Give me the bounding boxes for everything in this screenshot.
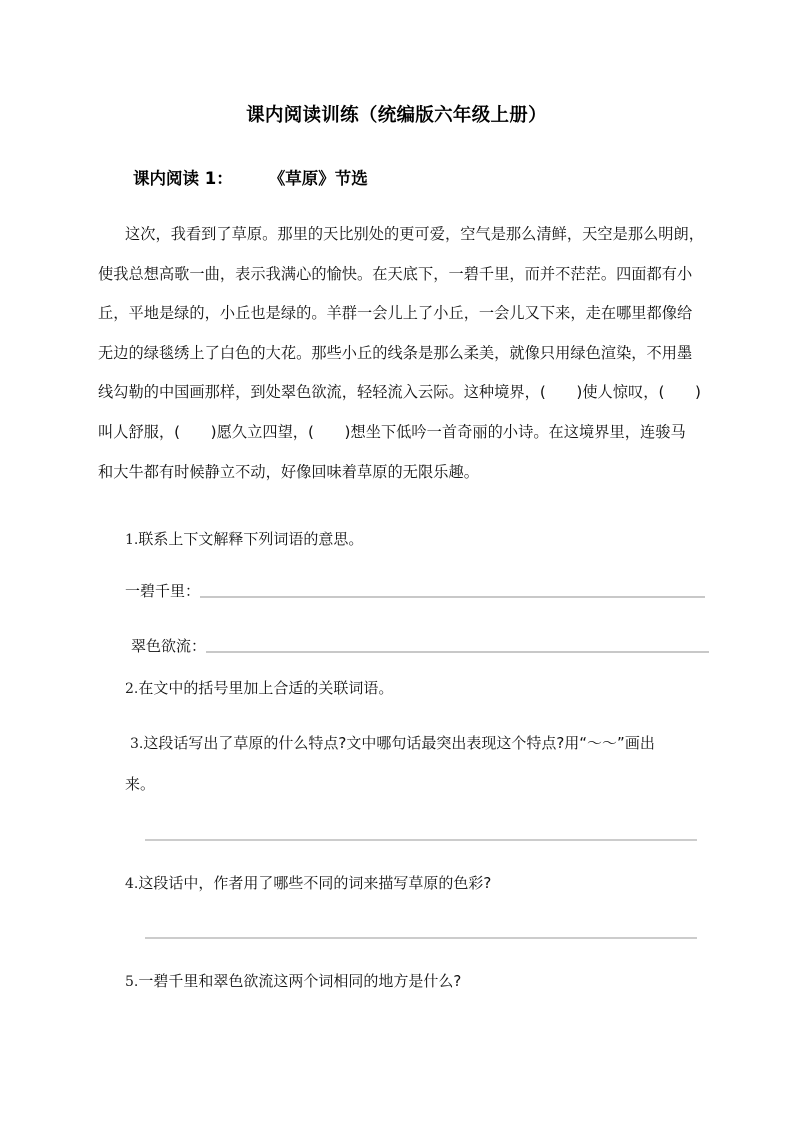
question-number: 4. (125, 876, 138, 892)
question-1: 1.联系上下文解释下列词语的意思。 (125, 528, 363, 551)
section-label: 课内阅读 1： (133, 169, 233, 188)
section-heading: 课内阅读 1：《草原》节选 (133, 167, 368, 191)
passage-line: 使我总想高歌一曲，表示我满心的愉快。在天底下，一碧千里，而并不茫茫。四面都有小 (98, 262, 716, 302)
question-number: 3. (130, 736, 143, 752)
passage-line: 叫人舒服，( )愿久立四望，( )想坐下低吟一首奇丽的小诗。在这境界里，连骏马 (98, 420, 716, 460)
passage-line: 丘，平地是绿的，小丘也是绿的。羊群一会儿上了小丘，一会儿又下来，走在哪里都像给 (98, 301, 716, 341)
question-number: 2. (125, 681, 138, 697)
fill-label: 翠色欲流： (131, 635, 206, 657)
question-number: 5. (125, 974, 138, 990)
answer-blank[interactable] (206, 651, 709, 653)
question-text: 在文中的括号里加上合适的关联词语。 (138, 679, 393, 697)
document-title: 课内阅读训练（统编版六年级上册） (0, 103, 793, 129)
question-text: 这段话写出了草原的什么特点?文中哪句话最突出表现这个特点?用“～～”画出 (143, 734, 654, 752)
question-3: 3.这段话写出了草原的什么特点?文中哪句话最突出表现这个特点?用“～～”画出 (130, 732, 655, 755)
question-4: 4.这段话中，作者用了哪些不同的词来描写草原的色彩? (125, 872, 491, 895)
question-text: 这段话中，作者用了哪些不同的词来描写草原的色彩? (138, 874, 491, 892)
question-5: 5.一碧千里和翠色欲流这两个词相同的地方是什么? (125, 970, 461, 993)
fill-item-yibiqianli: 一碧千里： (125, 580, 705, 602)
answer-blank[interactable] (200, 596, 705, 598)
fill-label: 一碧千里： (125, 580, 200, 602)
fill-item-cuiseyuliu: 翠色欲流： (131, 635, 709, 657)
question-number: 1. (125, 532, 138, 548)
answer-line-q3[interactable] (145, 839, 697, 841)
question-3-continued: 来。 (125, 773, 155, 795)
section-subtitle: 《草原》节选 (269, 169, 368, 188)
worksheet-page: 课内阅读训练（统编版六年级上册） 课内阅读 1：《草原》节选 这次，我看到了草原… (0, 0, 793, 1122)
passage-line: 线勾勒的中国画那样，到处翠色欲流，轻轻流入云际。这种境界，( )使人惊叹，( ) (98, 380, 716, 420)
passage-line: 这次，我看到了草原。那里的天比别处的更可爱，空气是那么清鲜，天空是那么明朗， (98, 222, 716, 262)
question-2: 2.在文中的括号里加上合适的关联词语。 (125, 677, 393, 700)
reading-passage: 这次，我看到了草原。那里的天比别处的更可爱，空气是那么清鲜，天空是那么明朗， 使… (98, 222, 716, 499)
question-text: 一碧千里和翠色欲流这两个词相同的地方是什么? (138, 972, 461, 990)
question-text: 联系上下文解释下列词语的意思。 (138, 530, 363, 548)
passage-line: 和大牛都有时候静立不动，好像回味着草原的无限乐趣。 (98, 460, 716, 500)
answer-line-q4[interactable] (145, 937, 697, 939)
passage-line: 无边的绿毯绣上了白色的大花。那些小丘的线条是那么柔美，就像只用绿色渲染，不用墨 (98, 341, 716, 381)
